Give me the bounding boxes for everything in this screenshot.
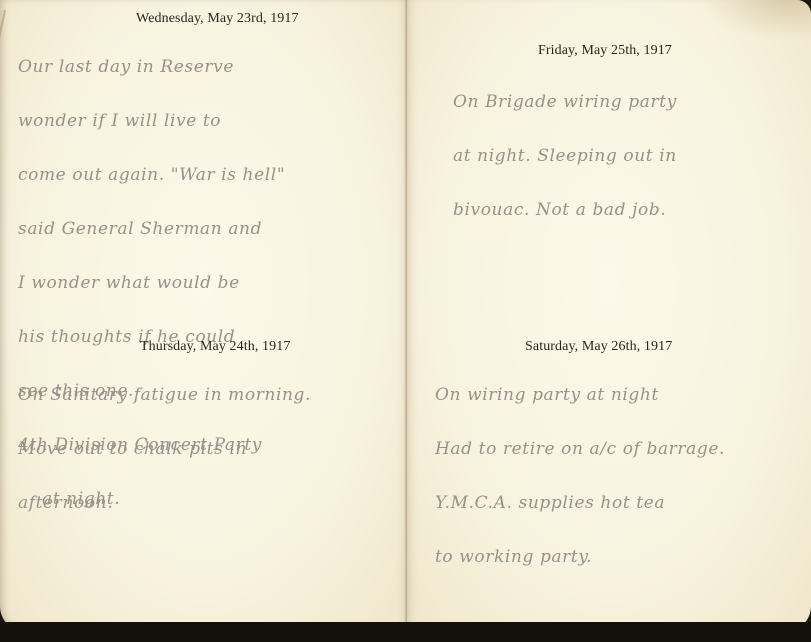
- entry-date-saturday: Saturday, May 26th, 1917: [525, 339, 672, 355]
- entry-text-thursday: On Sanitary fatigue in morning. Move out…: [18, 355, 311, 544]
- entry-line: said General Sherman and: [18, 216, 285, 243]
- right-page: Friday, May 25th, 1917 On Brigade wiring…: [407, 0, 811, 632]
- entry-line: Had to retire on a/c of barrage.: [435, 436, 725, 463]
- page-stain: [701, 0, 811, 40]
- book-cover-edge: [0, 622, 811, 642]
- entry-line: I wonder what would be: [18, 270, 285, 297]
- entry-line: at night. Sleeping out in: [453, 143, 677, 170]
- diary-spread: Wednesday, May 23rd, 1917 Our last day i…: [0, 0, 811, 642]
- entry-date-thursday: Thursday, May 24th, 1917: [140, 339, 290, 355]
- entry-date-wednesday: Wednesday, May 23rd, 1917: [136, 11, 299, 27]
- entry-line: On wiring party at night: [435, 382, 725, 409]
- entry-line: bivouac. Not a bad job.: [453, 197, 677, 224]
- entry-text-saturday: On wiring party at night Had to retire o…: [435, 355, 725, 598]
- entry-text-friday: On Brigade wiring party at night. Sleepi…: [453, 62, 677, 251]
- page-fold-mark: [0, 10, 6, 118]
- entry-line: to working party.: [435, 544, 725, 571]
- entry-line: wonder if I will live to: [18, 108, 285, 135]
- entry-line: Our last day in Reserve: [18, 54, 285, 81]
- entry-line: Y.M.C.A. supplies hot tea: [435, 490, 725, 517]
- entry-line: On Brigade wiring party: [453, 89, 677, 116]
- entry-line: afternoon.: [18, 490, 311, 517]
- entry-date-friday: Friday, May 25th, 1917: [538, 43, 672, 59]
- entry-line: On Sanitary fatigue in morning.: [18, 382, 311, 409]
- entry-line: come out again. "War is hell": [18, 162, 285, 189]
- left-page: Wednesday, May 23rd, 1917 Our last day i…: [0, 0, 407, 632]
- entry-line: Move out to chalk pits in: [18, 436, 311, 463]
